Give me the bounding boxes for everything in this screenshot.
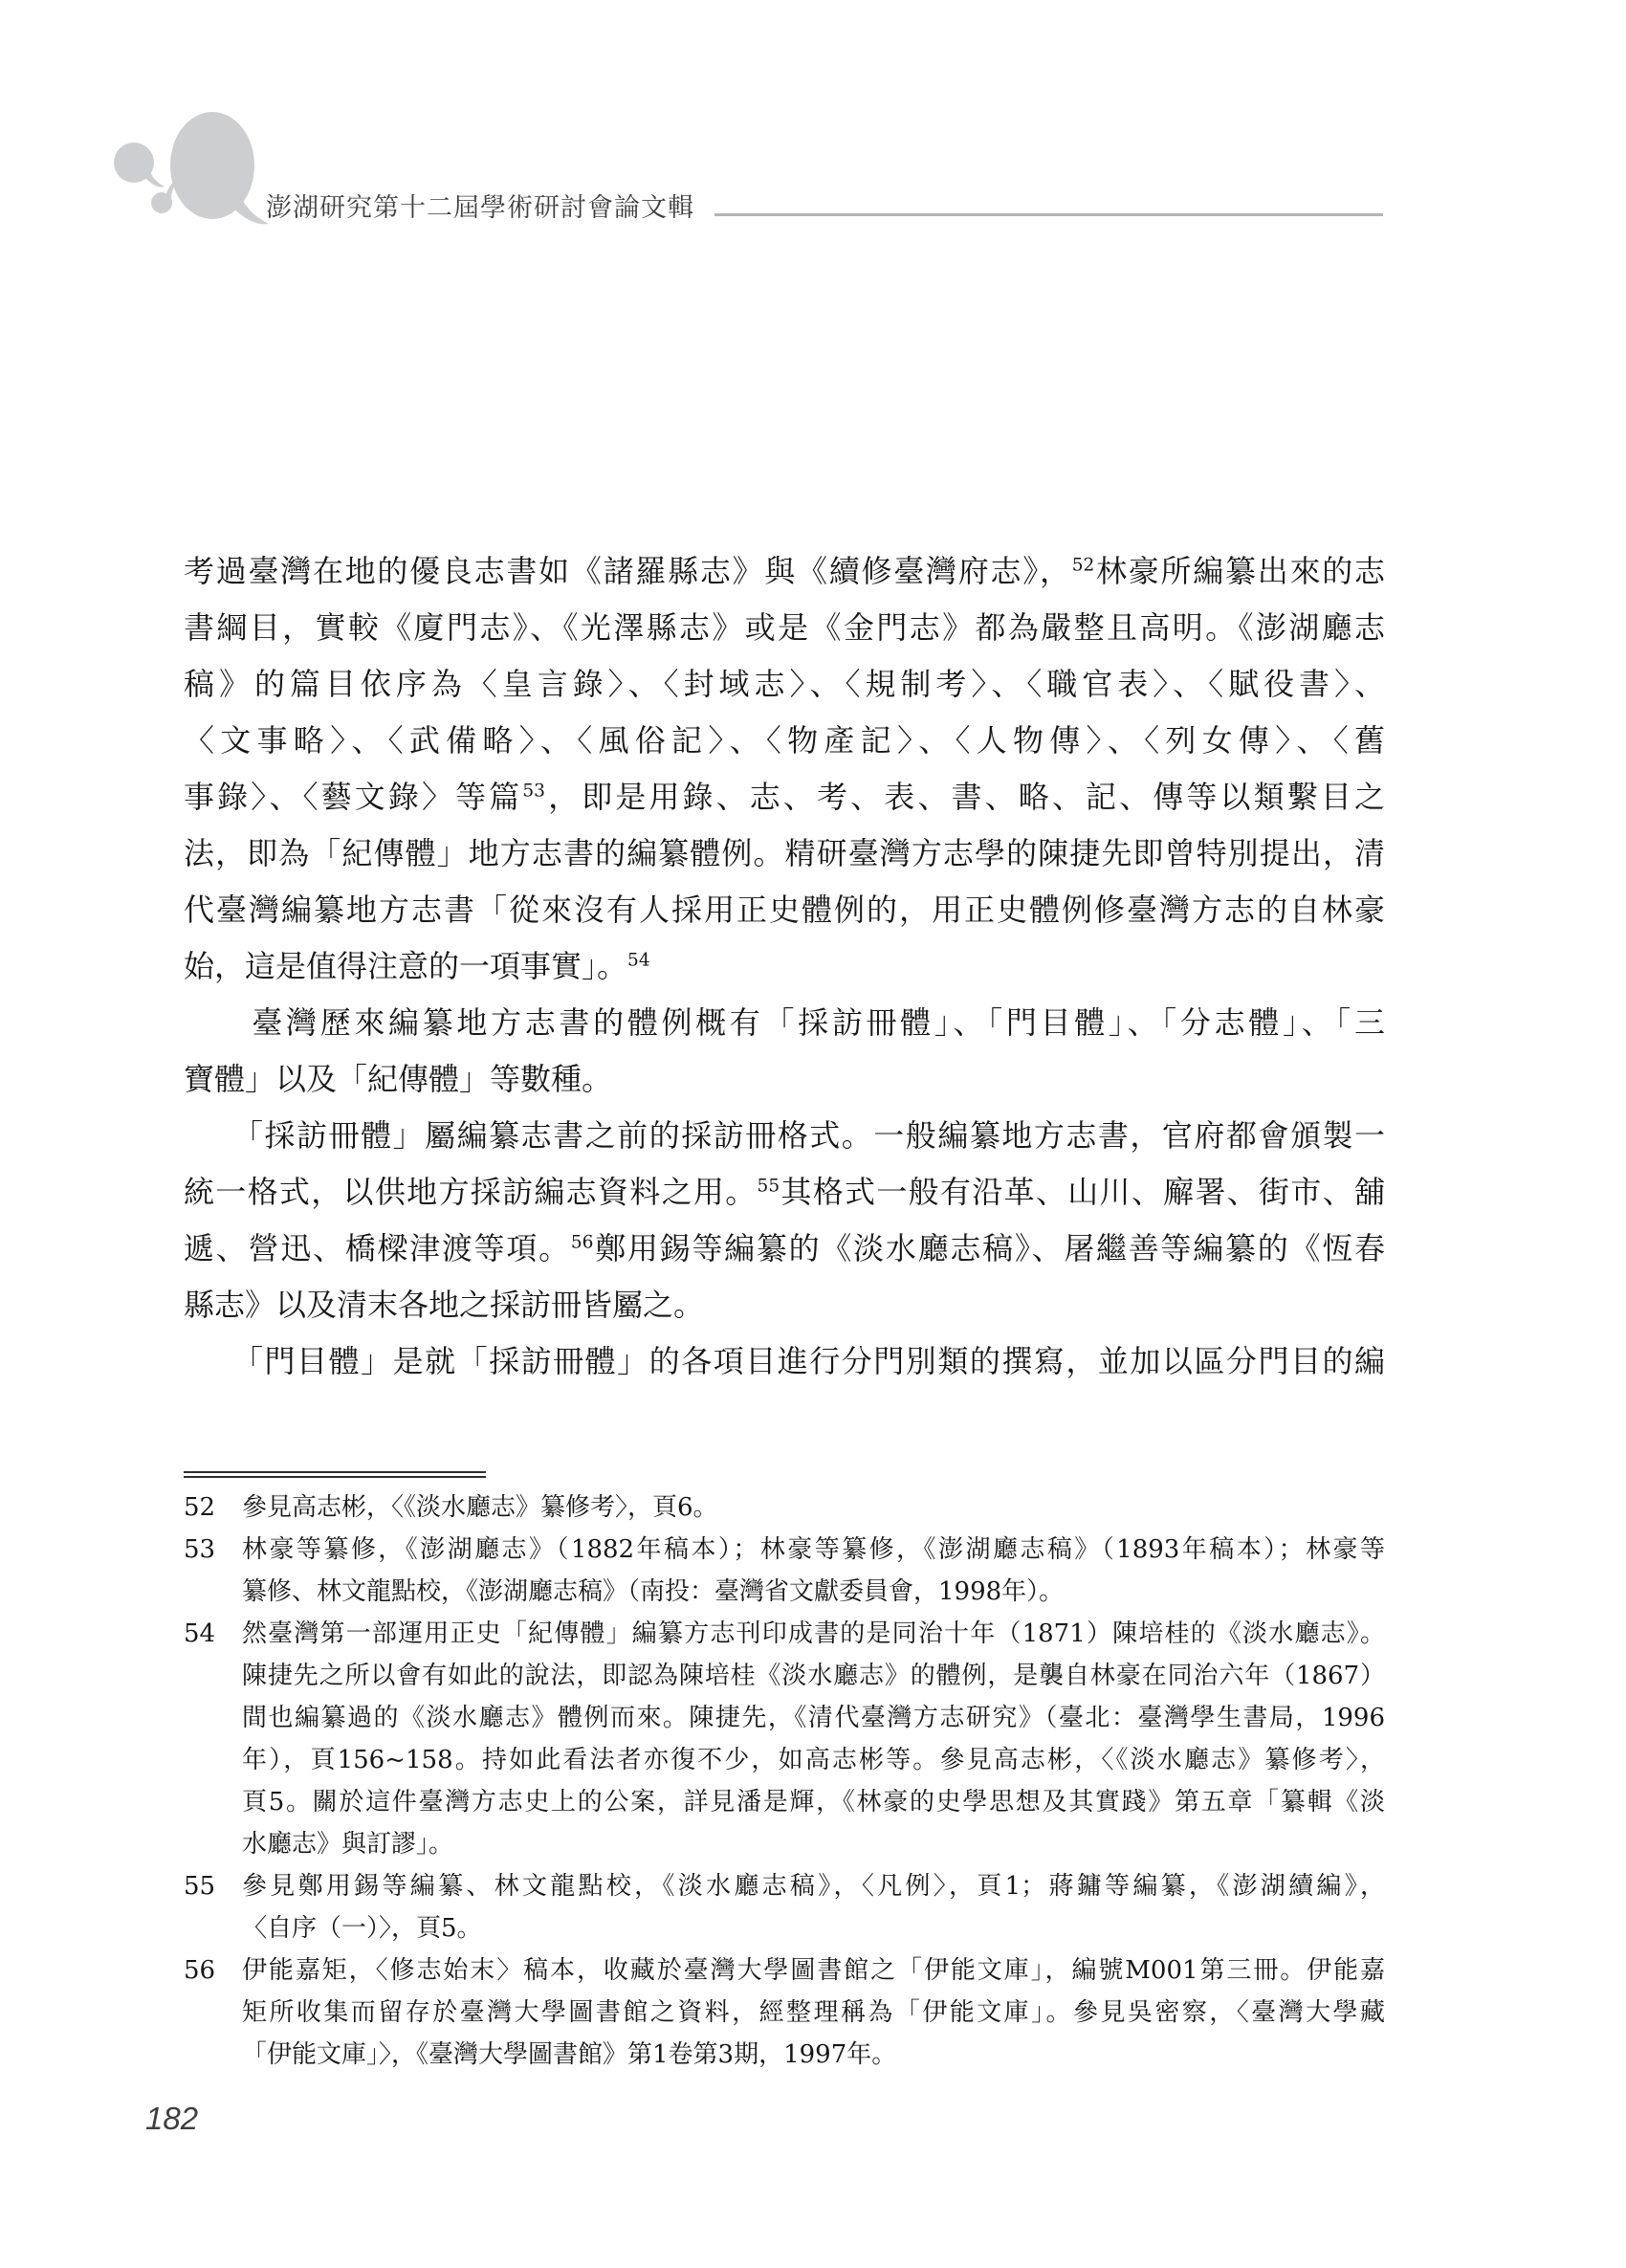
body-line: 法，即為「紀傳體」地方志書的編纂體例。精研臺灣方志學的陳捷先即曾特別提出，清 — [184, 826, 1385, 882]
footnote-number: 54 — [184, 1613, 242, 1655]
body-text: 考過臺灣在地的優良志書如《諸羅縣志》與《續修臺灣府志》，52林豪所編纂出來的志書… — [184, 543, 1385, 1390]
footnote-ref: 55 — [758, 1176, 780, 1196]
footnote-ref: 52 — [1072, 555, 1095, 575]
footnote-list: 52參見高志彬，〈《淡水廳志》纂修考〉，頁6。53林豪等纂修，《澎湖廳志》（18… — [184, 1486, 1385, 2076]
footnote-item: 52參見高志彬，〈《淡水廳志》纂修考〉，頁6。 — [184, 1486, 1385, 1529]
footnote-line: 水廳志》與訂謬」。 — [242, 1823, 1385, 1865]
header-title: 澎湖研究第十二屆學術研討會論文輯 — [266, 194, 694, 222]
footnote-text: 參見鄭用錫等編纂、林文龍點校，《淡水廳志稿》，〈凡例〉，頁1；蔣鏞等編纂，《澎湖… — [242, 1865, 1385, 1949]
body-line: 始，這是值得注意的一項事實」。54 — [184, 938, 1385, 995]
body-line: 「門目體」是就「採訪冊體」的各項目進行分門別類的撰寫，並加以區分門目的編 — [184, 1333, 1385, 1390]
footnote-number: 56 — [184, 1949, 242, 1992]
body-line: 統一格式，以供地方採訪編志資料之用。55其格式一般有沿革、山川、廨署、街市、舖 — [184, 1164, 1385, 1221]
footnote-item: 56伊能嘉矩，〈修志始末〉稿本，收藏於臺灣大學圖書館之「伊能文庫」，編號M001… — [184, 1949, 1385, 2076]
page-number: 182 — [145, 2101, 198, 2137]
footnote-line: 〈自序（一）〉，頁5。 — [242, 1907, 1385, 1949]
body-line: 代臺灣編纂地方志書「從來沒有人採用正史體例的，用正史體例修臺灣方志的自林豪 — [184, 882, 1385, 938]
footnote-text: 伊能嘉矩，〈修志始末〉稿本，收藏於臺灣大學圖書館之「伊能文庫」，編號M001第三… — [242, 1949, 1385, 2076]
body-line: 考過臺灣在地的優良志書如《諸羅縣志》與《續修臺灣府志》，52林豪所編纂出來的志 — [184, 543, 1385, 600]
footnote-text: 參見高志彬，〈《淡水廳志》纂修考〉，頁6。 — [242, 1486, 1385, 1529]
body-line: 臺灣歷來編纂地方志書的體例概有「採訪冊體」、「門目體」、「分志體」、「三 — [184, 995, 1385, 1051]
body-line: 〈文事略〉、〈武備略〉、〈風俗記〉、〈物產記〉、〈人物傳〉、〈列女傳〉、〈舊 — [184, 713, 1385, 769]
body-line: 稿》的篇目依序為〈皇言錄〉、〈封域志〉、〈規制考〉、〈職官表〉、〈賦役書〉、 — [184, 656, 1385, 713]
document-page: 澎湖研究第十二屆學術研討會論文輯 考過臺灣在地的優良志書如《諸羅縣志》與《續修臺… — [0, 0, 1626, 2268]
footnote-text: 然臺灣第一部運用正史「紀傳體」編纂方志刊印成書的是同治十年（1871）陳培桂的《… — [242, 1613, 1385, 1865]
body-line: 寶體」以及「紀傳體」等數種。 — [184, 1051, 1385, 1108]
footnote-ref: 56 — [571, 1232, 594, 1252]
footnote-line: 矩所收集而留存於臺灣大學圖書館之資料，經整理稱為「伊能文庫」。參見吳密察，〈臺灣… — [242, 1992, 1385, 2034]
body-line: 縣志》以及清末各地之採訪冊皆屬之。 — [184, 1277, 1385, 1333]
footnote-number: 52 — [184, 1486, 242, 1529]
footnote-text: 林豪等纂修，《澎湖廳志》（1882年稿本）；林豪等纂修，《澎湖廳志稿》（1893… — [242, 1529, 1385, 1613]
footnote-line: 伊能嘉矩，〈修志始末〉稿本，收藏於臺灣大學圖書館之「伊能文庫」，編號M001第三… — [242, 1949, 1385, 1992]
body-line: 事錄〉、〈藝文錄〉等篇53，即是用錄、志、考、表、書、略、記、傳等以類繫目之 — [184, 769, 1385, 826]
footnote-separator — [184, 1471, 486, 1478]
footnote-number: 53 — [184, 1529, 242, 1571]
header-rule — [714, 213, 1383, 216]
body-line: 書綱目，實較《廈門志》、《光澤縣志》或是《金門志》都為嚴整且高明。《澎湖廳志 — [184, 600, 1385, 656]
footnote-line: 年），頁156~158。持如此看法者亦復不少，如高志彬等。參見高志彬，〈《淡水廳… — [242, 1739, 1385, 1781]
footnote-line: 間也編纂過的《淡水廳志》體例而來。陳捷先，《清代臺灣方志研究》（臺北：臺灣學生書… — [242, 1697, 1385, 1739]
body-line: 遞、營迅、橋樑津渡等項。56鄭用錫等編纂的《淡水廳志稿》、屠繼善等編纂的《恆春 — [184, 1221, 1385, 1277]
footnote-line: 參見鄭用錫等編纂、林文龍點校，《淡水廳志稿》，〈凡例〉，頁1；蔣鏞等編纂，《澎湖… — [242, 1865, 1385, 1907]
footnote-line: 林豪等纂修，《澎湖廳志》（1882年稿本）；林豪等纂修，《澎湖廳志稿》（1893… — [242, 1529, 1385, 1571]
footnote-line: 然臺灣第一部運用正史「紀傳體」編纂方志刊印成書的是同治十年（1871）陳培桂的《… — [242, 1613, 1385, 1655]
footnote-number: 55 — [184, 1865, 242, 1907]
footnote-item: 53林豪等纂修，《澎湖廳志》（1882年稿本）；林豪等纂修，《澎湖廳志稿》（18… — [184, 1529, 1385, 1613]
footnote-item: 55參見鄭用錫等編纂、林文龍點校，《淡水廳志稿》，〈凡例〉，頁1；蔣鏞等編纂，《… — [184, 1865, 1385, 1949]
footnote-line: 陳捷先之所以會有如此的說法，即認為陳培桂《淡水廳志》的體例，是襲自林豪在同治六年… — [242, 1655, 1385, 1697]
footnote-line: 「伊能文庫」〉，《臺灣大學圖書館》第1卷第3期，1997年。 — [242, 2034, 1385, 2076]
footnote-ref: 54 — [627, 950, 650, 970]
footnote-line: 頁5。關於這件臺灣方志史上的公案，詳見潘是輝，《林豪的史學思想及其實踐》第五章「… — [242, 1781, 1385, 1823]
speech-bubbles-logo — [77, 86, 297, 249]
footnote-line: 纂修、林文龍點校，《澎湖廳志稿》（南投：臺灣省文獻委員會，1998年）。 — [242, 1571, 1385, 1613]
footnote-line: 參見高志彬，〈《淡水廳志》纂修考〉，頁6。 — [242, 1486, 1385, 1529]
body-line: 「採訪冊體」屬編纂志書之前的採訪冊格式。一般編纂地方志書，官府都會頒製一 — [184, 1108, 1385, 1164]
footnote-item: 54然臺灣第一部運用正史「紀傳體」編纂方志刊印成書的是同治十年（1871）陳培桂… — [184, 1613, 1385, 1865]
footnote-ref: 53 — [522, 781, 545, 801]
